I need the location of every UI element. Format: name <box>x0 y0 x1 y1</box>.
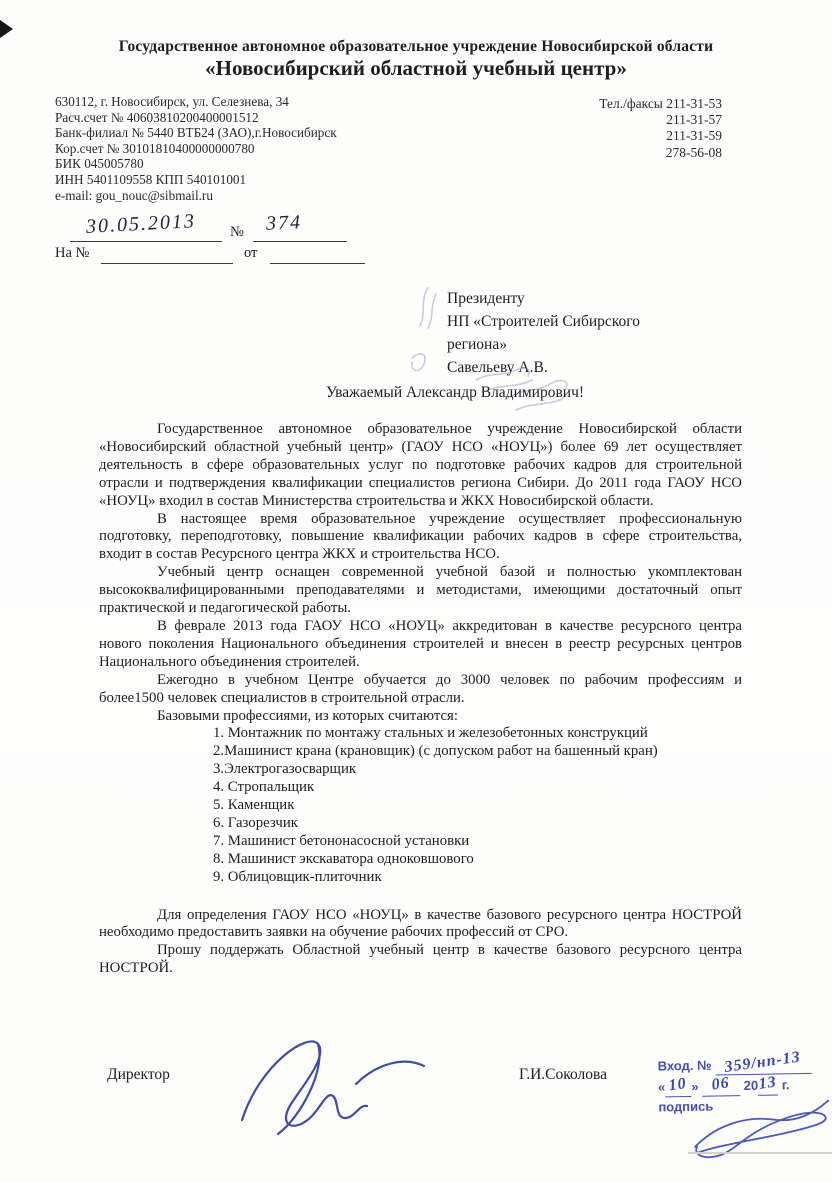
ref-reply-label: На № <box>55 245 89 262</box>
phone-line: 211-31-57 <box>599 112 722 128</box>
closing-block: Для определения ГАОУ НСО «НОУЦ» в качест… <box>99 907 742 979</box>
profession-item: 6. Газорезчик <box>213 815 742 833</box>
requisite-bik: БИК 045005780 <box>55 156 337 172</box>
stamp-day: 10 <box>668 1075 688 1095</box>
greeting-line: Уважаемый Александр Владимирович! <box>120 384 790 402</box>
stamp-year-suffix: 13 <box>758 1073 778 1093</box>
body-text: Государственное автономное образовательн… <box>99 421 742 978</box>
ref-date-underline <box>70 241 222 242</box>
profession-item: 4. Стропальщик <box>213 779 742 797</box>
requisite-settlement-account: Расч.счет № 40603810200400001512 <box>55 110 337 126</box>
stamp-number-field: 359/нп-13 <box>715 1055 811 1076</box>
paragraph: Государственное автономное образовательн… <box>99 421 742 511</box>
stamp-month: 06 <box>711 1074 731 1094</box>
ref-from-label: от <box>244 245 257 262</box>
requisites-block: 630112, г. Новосибирск, ул. Селезнева, 3… <box>55 94 337 203</box>
requisite-address: 630112, г. Новосибирск, ул. Селезнева, 3… <box>55 94 337 110</box>
ref-reply-underline <box>101 263 233 264</box>
profession-item: 5. Каменщик <box>213 797 742 815</box>
paragraph: Учебный центр оснащен современной учебно… <box>99 564 742 618</box>
phone-line: Тел./факсы 211-31-53 <box>599 96 722 112</box>
scan-edge-line <box>688 1152 832 1154</box>
director-signature <box>228 1026 438 1138</box>
stamp-year-mark: г. <box>782 1077 790 1092</box>
profession-item: 8. Машинист экскаватора одноковшового <box>213 851 742 869</box>
org-name-line: «Новосибирский областной учебный центр» <box>0 56 832 81</box>
phone-line: 278-56-08 <box>599 145 722 161</box>
phone-line: 211-31-59 <box>599 128 722 144</box>
paragraph: В феврале 2013 года ГАОУ НСО «НОУЦ» аккр… <box>99 618 742 672</box>
requisite-bank: Банк-филиал № 5440 ВТБ24 (ЗАО),г.Новосиб… <box>55 125 337 141</box>
ink-scribbles <box>398 280 598 430</box>
letter-page: Государственное автономное образовательн… <box>0 0 832 1182</box>
phones-block: Тел./факсы 211-31-53 211-31-57 211-31-59… <box>599 96 722 161</box>
ref-number-handwritten: 374 <box>266 211 303 235</box>
stamp-signature-scribble <box>686 1092 832 1167</box>
ref-number-sign: № <box>230 224 244 241</box>
signature-position-label: Директор <box>107 1066 170 1084</box>
profession-item: 1. Монтажник по монтажу стальных и желез… <box>213 725 742 743</box>
scan-corner-artifact <box>0 20 13 38</box>
requisite-email: e-mail: gou_nouc@sibmail.ru <box>55 188 337 204</box>
org-type-line: Государственное автономное образовательн… <box>0 38 832 56</box>
stamp-incoming-label: Вход. № <box>658 1058 712 1074</box>
professions-list: 1. Монтажник по монтажу стальных и желез… <box>99 725 742 886</box>
ref-number-underline <box>253 241 347 242</box>
stamp-incoming-number: 359/нп-13 <box>724 1048 802 1076</box>
paragraph: В настоящее время образовательное учрежд… <box>99 511 742 565</box>
profession-item: 2.Машинист крана (крановщик) (с допуском… <box>213 743 742 761</box>
paragraph: Базовыми профессиями, из которых считают… <box>99 708 742 726</box>
signer-name: Г.И.Соколова <box>519 1066 607 1084</box>
closing-paragraph: Для определения ГАОУ НСО «НОУЦ» в качест… <box>99 907 742 943</box>
stamp-quote-close: » <box>691 1079 698 1094</box>
ref-from-underline <box>270 263 365 264</box>
requisite-corr-account: Кор.счет № 30101810400000000780 <box>55 141 337 157</box>
profession-item: 7. Машинист бетононасосной установки <box>213 833 742 851</box>
ref-date-handwritten: 30.05.2013 <box>85 210 196 239</box>
closing-paragraph: Прошу поддержать Областной учебный центр… <box>99 942 742 978</box>
profession-item: 3.Электрогазосварщик <box>213 761 742 779</box>
paragraph: Ежегодно в учебном Центре обучается до 3… <box>99 672 742 708</box>
stamp-year-prefix: 20 <box>744 1078 759 1093</box>
requisite-inn-kpp: ИНН 5401109558 КПП 540101001 <box>55 172 337 188</box>
profession-item: 9. Облицовщик-плиточник <box>213 869 742 887</box>
incoming-stamp: Вход. № 359/нп-13 «10» 06 2013 г. подпис… <box>657 1054 832 1116</box>
